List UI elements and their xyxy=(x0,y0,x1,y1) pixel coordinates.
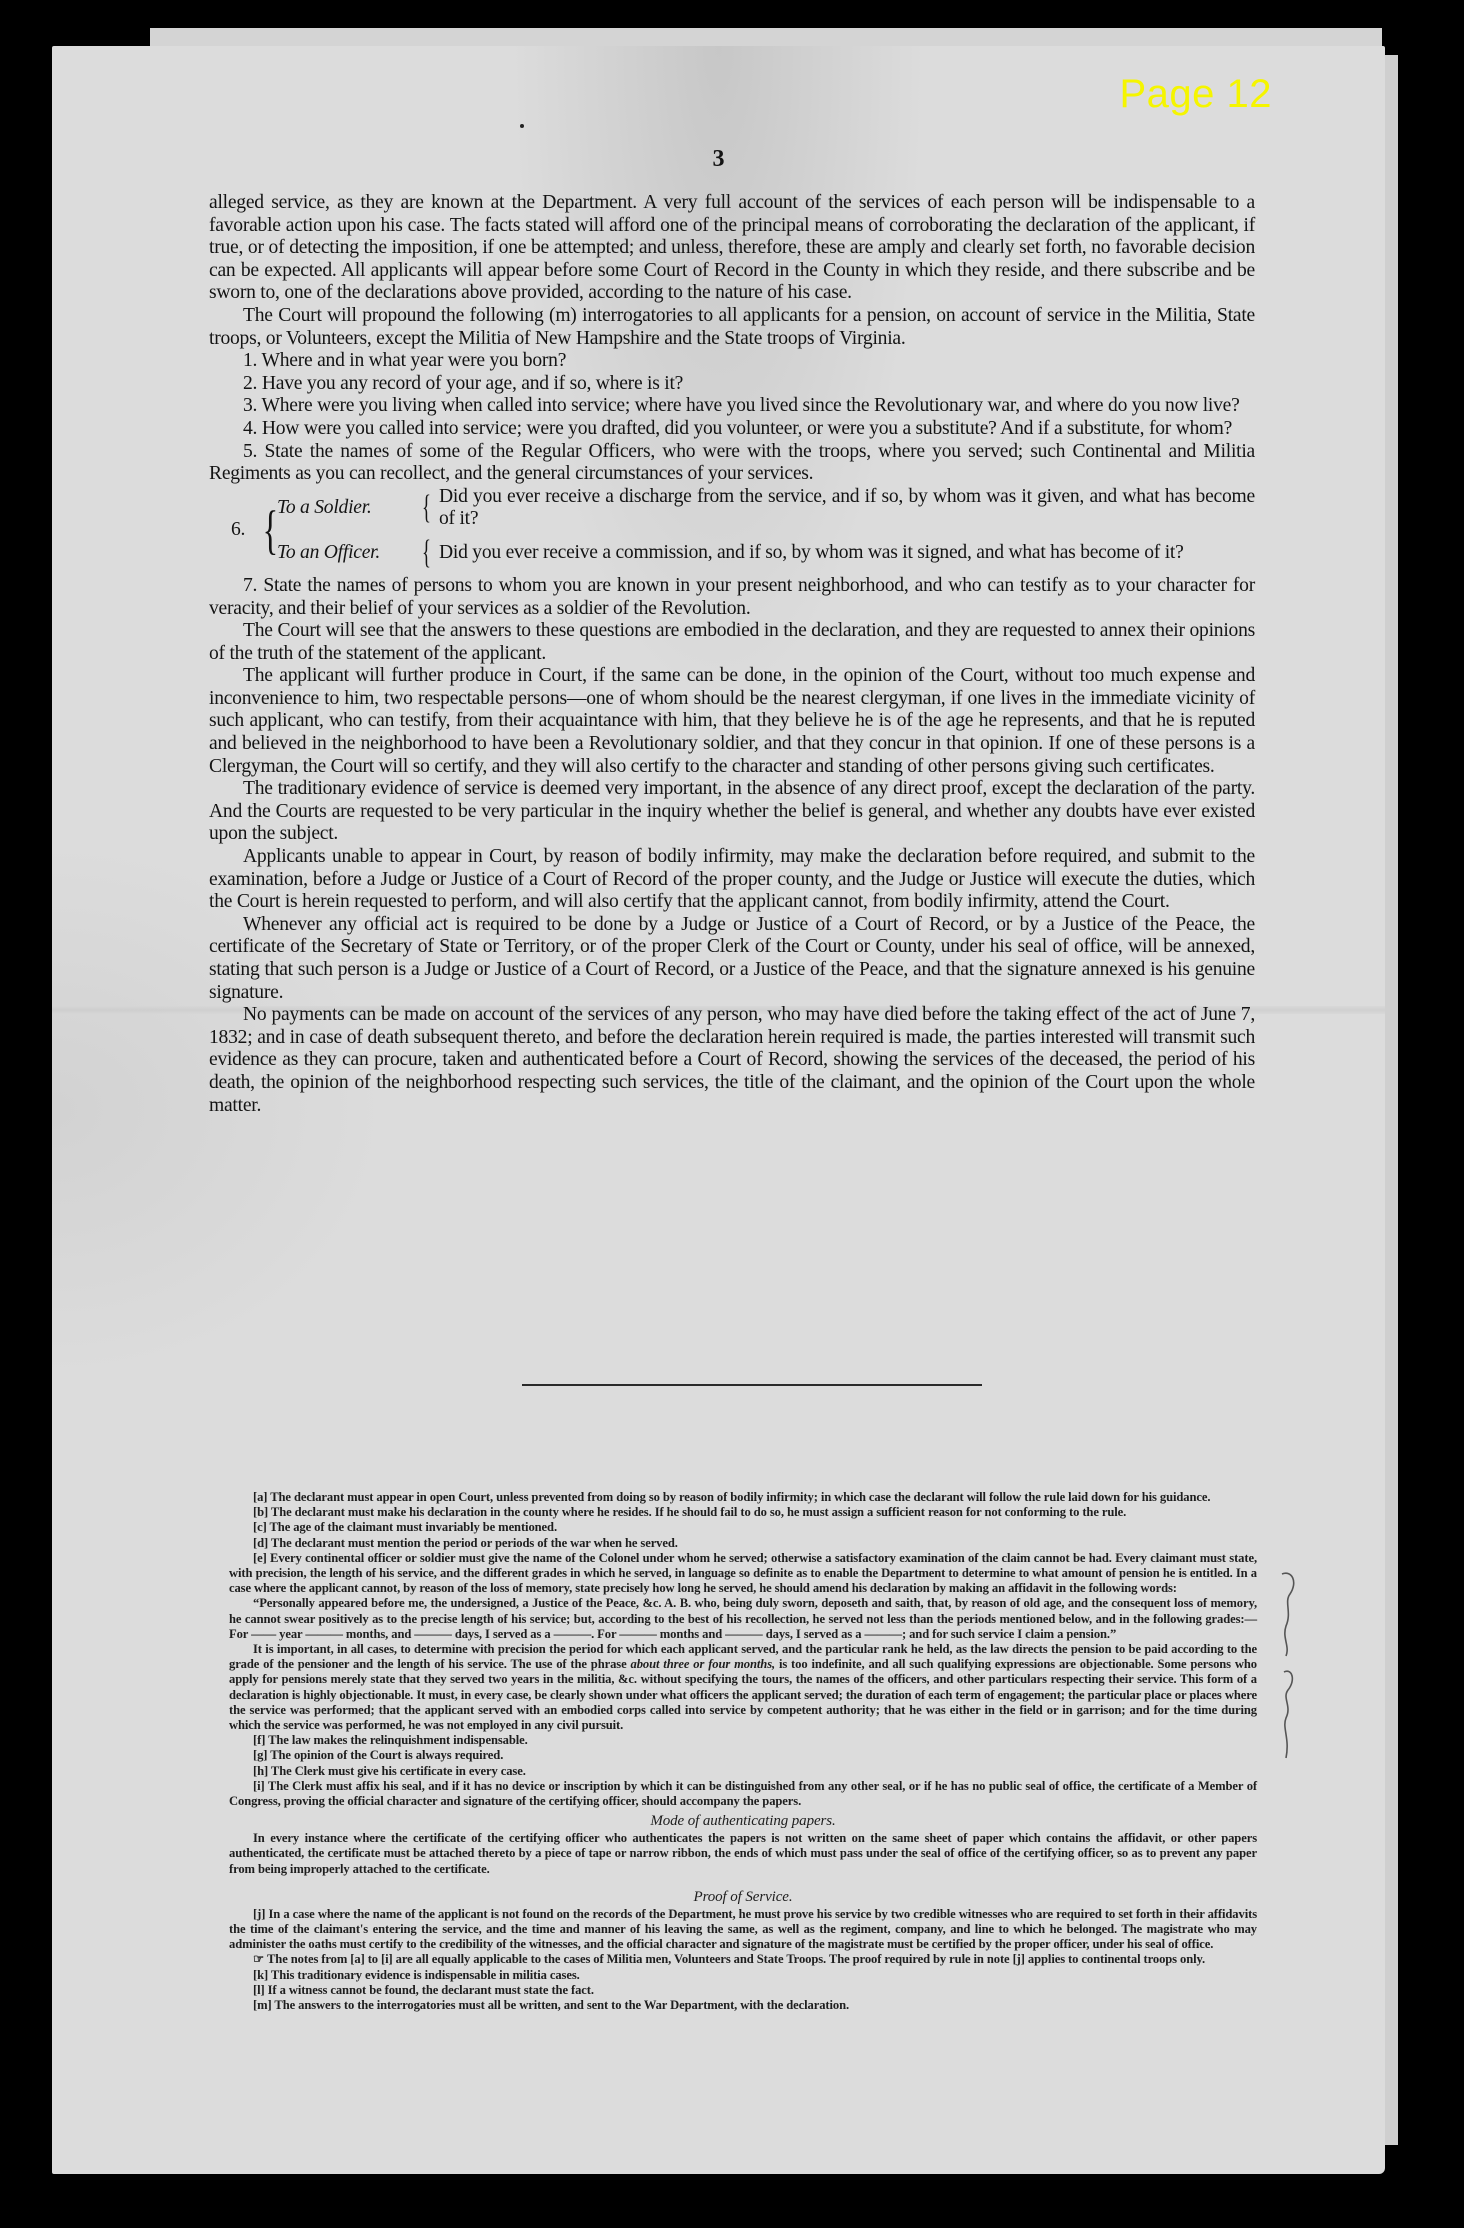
question-1: 1. Where and in what year were you born? xyxy=(209,350,1255,373)
footnote-f: [f] The law makes the relinquishment ind… xyxy=(229,1733,1257,1748)
footnote-c: [c] The age of the claimant must invaria… xyxy=(229,1520,1257,1535)
question-7: 7. State the names of persons to whom yo… xyxy=(209,575,1255,620)
paragraph-answers: The Court will see that the answers to t… xyxy=(209,620,1255,665)
affidavit-form: “Personally appeared before me, the unde… xyxy=(229,1596,1257,1642)
footnote-e: [e] Every continental officer or soldier… xyxy=(229,1551,1257,1597)
importance-phrase: about three or four months, xyxy=(631,1657,776,1671)
left-brace-icon: { xyxy=(263,508,274,552)
right-brace-icon: { xyxy=(422,531,434,575)
question-3: 3. Where were you living when called int… xyxy=(209,395,1255,418)
paragraph-interrogatories-intro: The Court will propound the following (m… xyxy=(209,305,1255,350)
paragraph-witnesses: The applicant will further produce in Co… xyxy=(209,665,1255,778)
page-label-overlay: Page 12 xyxy=(1119,72,1272,117)
question-6-soldier-text: Did you ever receive a discharge from th… xyxy=(439,486,1255,531)
right-brace-icon: { xyxy=(422,486,434,530)
authenticating-papers-text: In every instance where the certificate … xyxy=(229,1831,1257,1877)
question-6: 6. { To a Soldier. { Did you ever receiv… xyxy=(231,486,1255,575)
footnotes: [a] The declarant must appear in open Co… xyxy=(229,1490,1257,2013)
handwritten-mark-icon xyxy=(1262,1568,1302,1768)
footnote-m: [m] The answers to the interrogatories m… xyxy=(229,1998,1257,2013)
footnote-g: [g] The opinion of the Court is always r… xyxy=(229,1748,1257,1763)
footnote-j: [j] In a case where the name of the appl… xyxy=(229,1907,1257,1953)
question-6-number: 6. xyxy=(231,519,259,542)
question-6-officer-label: To an Officer. xyxy=(277,542,417,565)
footnote-b: [b] The declarant must make his declarat… xyxy=(229,1505,1257,1520)
heading-authenticating-papers: Mode of authenticating papers. xyxy=(229,1811,1257,1831)
main-text: alleged service, as they are known at th… xyxy=(209,192,1255,1117)
footnote-l: [l] If a witness cannot be found, the de… xyxy=(229,1983,1257,1998)
question-6-officer-text: Did you ever receive a commission, and i… xyxy=(439,542,1255,565)
section-divider xyxy=(522,1384,982,1386)
footnote-d: [d] The declarant must mention the perio… xyxy=(229,1536,1257,1551)
page-number: 3 xyxy=(52,146,1385,173)
document-page: 3 alleged service, as they are known at … xyxy=(52,46,1385,2174)
question-4: 4. How were you called into service; wer… xyxy=(209,418,1255,441)
footnote-importance: It is important, in all cases, to determ… xyxy=(229,1642,1257,1733)
paragraph-infirmity: Applicants unable to appear in Court, by… xyxy=(209,846,1255,914)
paragraph-continued: alleged service, as they are known at th… xyxy=(209,192,1255,305)
footnote-k: [k] This traditionary evidence is indisp… xyxy=(229,1968,1257,1983)
question-5: 5. State the names of some of the Regula… xyxy=(209,441,1255,486)
footnote-h: [h] The Clerk must give his certificate … xyxy=(229,1764,1257,1779)
ink-speck xyxy=(520,124,524,128)
footnote-i: [i] The Clerk must affix his seal, and i… xyxy=(229,1779,1257,1809)
paragraph-traditionary-evidence: The traditionary evidence of service is … xyxy=(209,778,1255,846)
notes-applicability: ☞ The notes from [a] to [i] are all equa… xyxy=(229,1952,1257,1967)
question-2: 2. Have you any record of your age, and … xyxy=(209,373,1255,396)
paragraph-official-act: Whenever any official act is required to… xyxy=(209,914,1255,1004)
heading-proof-of-service: Proof of Service. xyxy=(229,1887,1257,1907)
footnote-a: [a] The declarant must appear in open Co… xyxy=(229,1490,1257,1505)
question-6-soldier-label: To a Soldier. xyxy=(277,497,417,520)
paragraph-payments: No payments can be made on account of th… xyxy=(209,1004,1255,1117)
